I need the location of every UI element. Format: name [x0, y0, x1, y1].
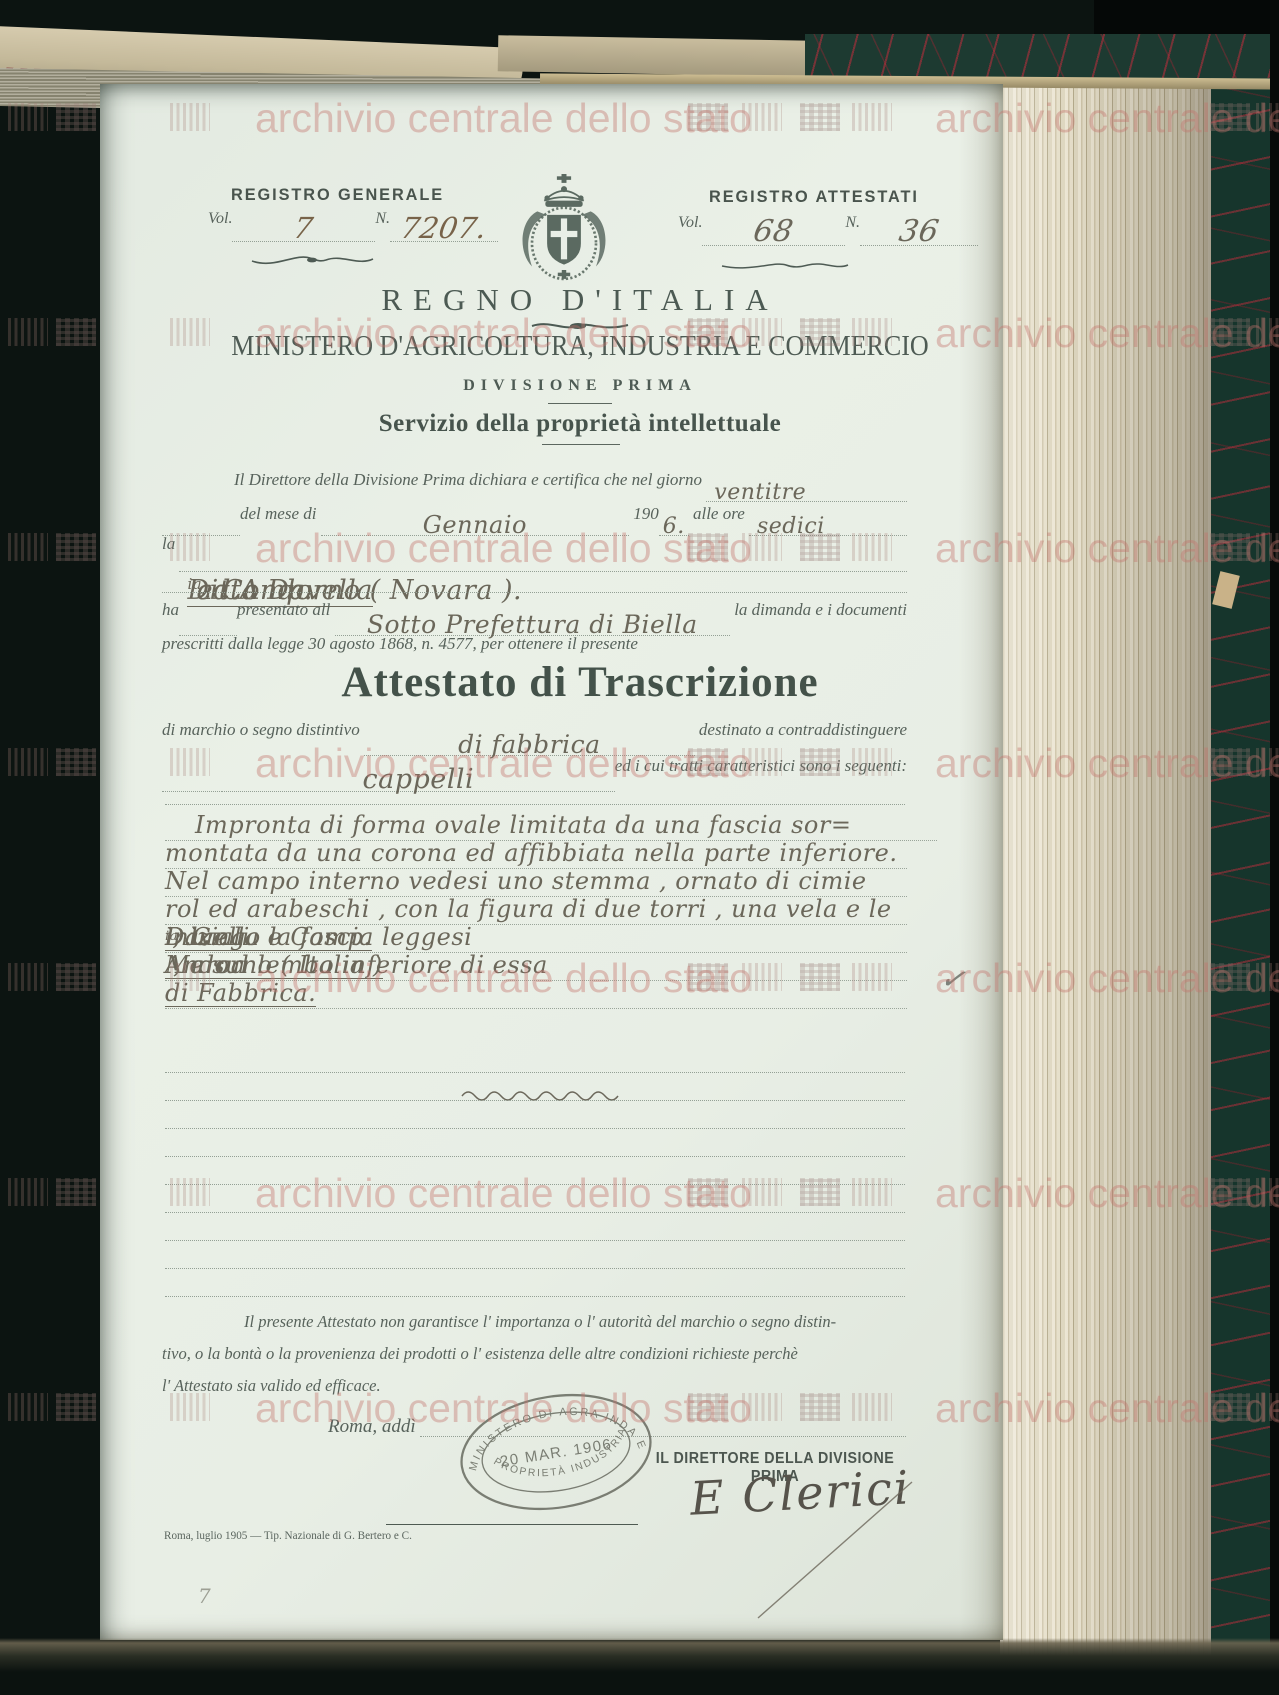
vol-label: Vol. [678, 214, 702, 232]
printer-imprint: Roma, luglio 1905 — Tip. Nazionale di G.… [164, 1530, 412, 1542]
day-fill: ventitre [706, 470, 907, 502]
empty-dotted-line [165, 1184, 905, 1185]
description-line: Impronta di forma ovale limitata da una … [165, 812, 937, 841]
year-fill: 6. [659, 504, 689, 536]
document-page: REGISTRO GENERALE Vol. 7 N. 7207. REGIST… [100, 84, 1003, 1640]
dots [179, 600, 237, 636]
empty-dotted-line [165, 1296, 905, 1297]
archive-logo-icon [56, 1393, 96, 1421]
vol-label: Vol. [208, 210, 232, 228]
description-line: Nel campo interno vedesi uno stemma , or… [165, 868, 907, 897]
register-general-title: REGISTRO GENERALE [231, 185, 444, 205]
month-fill: Gennaio [321, 504, 629, 536]
mark-line-2: cappelli ed i cui tratti caratteristici … [162, 756, 907, 792]
book-bottom-edge [0, 1638, 1279, 1695]
archive-logo-icon [56, 318, 96, 346]
cover-top-edge [805, 34, 1279, 78]
division-heading: DIVISIONE PRIMA [190, 377, 970, 395]
empty-dotted-line [165, 1240, 905, 1241]
archive-logo-icon [8, 1178, 48, 1206]
n-label: N. [845, 214, 860, 232]
vol-fill: 7 [232, 210, 375, 242]
kingdom-heading: REGNO D'ITALIA [190, 282, 970, 318]
trademark-description: Impronta di forma ovale limitata da una … [165, 812, 907, 1012]
archive-logo-icon [8, 318, 48, 346]
empty-dotted-line [165, 1212, 905, 1213]
empty-dotted-line [165, 1128, 905, 1129]
scanned-register-photo: { "watermark": { "text": "archivio centr… [0, 0, 1279, 1695]
mark-line-1: di marchio o segno distintivo di fabbric… [162, 720, 907, 756]
legal-note-line: l' Attestato sia valido ed efficace. [162, 1376, 381, 1396]
register-attestati-title: REGISTRO ATTESTATI [709, 187, 919, 207]
svg-text:MINISTERO DI AGRA INDA E COMM: MINISTERO DI AGRA INDA E COMM [436, 1364, 649, 1483]
corner-pencil-mark: 7 [198, 1584, 211, 1608]
check-mark: ✓ [938, 960, 968, 998]
empty-dotted-line [165, 1100, 905, 1101]
empty-dotted-line [162, 592, 907, 593]
page-stack-fore-edge [1000, 84, 1213, 1659]
description-line: di Fabbrica. [165, 980, 907, 1009]
service-heading: Servizio della proprietà intellettuale [190, 410, 970, 438]
legal-note-line: tivo, o la bontà o la provenienza dei pr… [162, 1344, 798, 1364]
mark-kind-fill: di fabbrica [364, 720, 695, 756]
archive-logo-icon [8, 103, 48, 131]
archive-logo-icon [8, 533, 48, 561]
flourish [250, 252, 375, 270]
document-title: Attestato di Trascrizione [190, 658, 970, 707]
declaration-line-1: Il Direttore della Divisione Prima dichi… [162, 470, 907, 502]
lead-dots [162, 504, 240, 536]
dots [162, 756, 222, 792]
book-spine-edge [498, 35, 814, 76]
declaration-line-3: la Ditta Davella e Comp.ia ad Andorno ( … [162, 534, 907, 572]
archive-logo-icon [8, 748, 48, 776]
empty-dotted-line [165, 1072, 905, 1073]
vol-fill: 68 [702, 214, 845, 246]
archive-logo-icon [8, 963, 48, 991]
rule [542, 444, 620, 445]
prefecture-fill: Sotto Prefettura di Biella [335, 600, 730, 636]
footer-rule [386, 1524, 638, 1525]
legal-note-line: Il presente Attestato non garantisce l' … [244, 1312, 836, 1332]
cover-right [1211, 52, 1272, 1695]
declaration-line-2: del mese di Gennaio 190 6. alle ore sedi… [162, 504, 907, 536]
empty-dotted-line [165, 1156, 905, 1157]
archive-logo-icon [56, 748, 96, 776]
signature-pen-stroke [740, 1476, 920, 1626]
applicant-fill: Ditta Davella e Comp.ia ad Andorno ( Nov… [179, 534, 907, 572]
ministry-date-stamp: MINISTERO DI AGRA INDA E COMM PROPRIETÀ … [441, 1370, 671, 1534]
n-fill: 7207. [390, 210, 498, 242]
archive-logo-icon [56, 533, 96, 561]
register-general-volume-line: Vol. 7 N. 7207. [208, 210, 498, 242]
flourish [720, 258, 850, 274]
declaration-line-5: ha presentato all Sotto Prefettura di Bi… [162, 600, 907, 636]
rule [548, 403, 612, 404]
description-line: rol ed arabeschi , con la figura di due … [165, 896, 907, 925]
archive-logo-icon [56, 963, 96, 991]
empty-dotted-line [165, 804, 905, 805]
declaration-printed: Il Direttore della Divisione Prima dichi… [234, 470, 706, 490]
marbled-paper [1211, 52, 1272, 1695]
place-date-label: Roma, addì [328, 1416, 416, 1438]
description-line: Andorno ( Italia ) , e sul lembo inferio… [165, 952, 907, 981]
empty-dotted-line [165, 1268, 905, 1269]
savoy-coat-of-arms-icon [508, 174, 620, 286]
description-line: iniziali D.C. ; lungo la fascia leggesi … [165, 924, 907, 953]
stamp-ring-top-text: MINISTERO DI AGRA INDA E COMM [436, 1364, 649, 1483]
declaration-line-6: prescritti dalla legge 30 agosto 1868, n… [162, 634, 638, 654]
register-attestati-volume-line: Vol. 68 N. 36 [678, 214, 978, 246]
ministry-heading: MINISTERO D'AGRICOLTURA, INDUSTRIA E COM… [217, 331, 942, 363]
hour-fill: sedici [749, 504, 907, 536]
n-fill: 36 [860, 214, 978, 246]
archive-logo-icon [56, 1178, 96, 1206]
description-line: montata da una corona ed affibbiata nell… [165, 840, 907, 869]
scan-edge [1270, 0, 1279, 1695]
goods-fill: cappelli [222, 756, 615, 792]
marbled-paper [805, 34, 1279, 78]
archive-logo-icon [8, 1393, 48, 1421]
